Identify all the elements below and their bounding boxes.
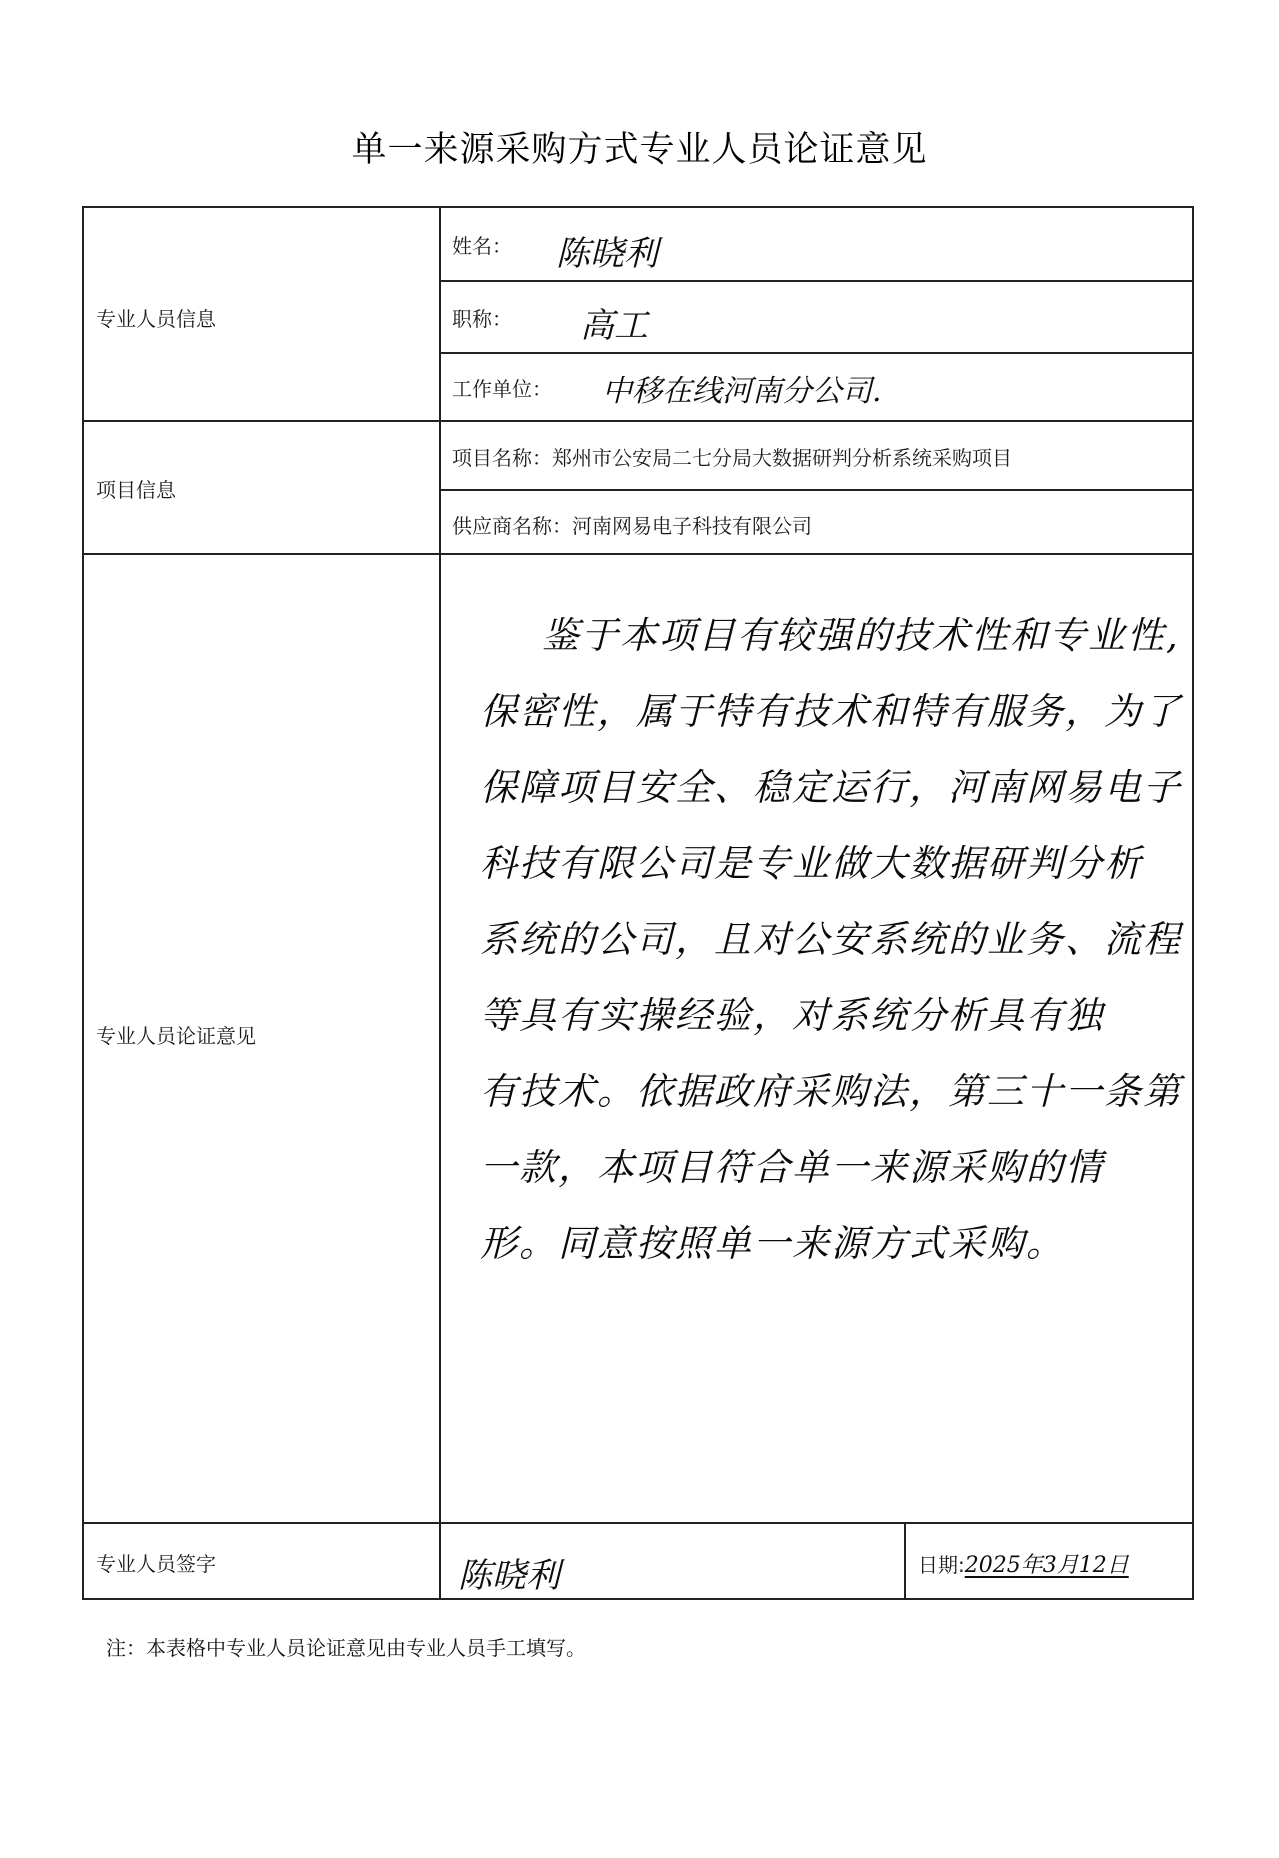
date-value: 2025年3月12日 xyxy=(965,1553,1129,1578)
row-divider-project xyxy=(439,489,1194,491)
date-field: 日期:2025年3月12日 xyxy=(918,1548,1129,1579)
field-value-title: 高工 xyxy=(580,298,648,347)
opinion-line: 系统的公司，且对公安系统的业务、流程 xyxy=(480,902,1160,978)
section-label-project: 项目信息 xyxy=(96,474,176,503)
field-label-title: 职称： xyxy=(452,303,512,332)
opinion-handwritten-text: 鉴于本项目有较强的技术性和专业性, 保密性，属于特有技术和特有服务，为了 保障项… xyxy=(480,598,1160,1282)
table-border-right xyxy=(1192,206,1194,1600)
supplier-label: 供应商名称： xyxy=(452,514,572,538)
column-divider xyxy=(439,206,441,1600)
section-divider-1 xyxy=(82,420,1194,422)
opinion-line: 一款，本项目符合单一来源采购的情 xyxy=(480,1130,1160,1206)
section-label-signature: 专业人员签字 xyxy=(96,1548,216,1577)
section-label-opinion: 专业人员论证意见 xyxy=(96,1020,256,1049)
section-label-personnel: 专业人员信息 xyxy=(96,303,216,332)
table-border-bottom xyxy=(82,1598,1194,1600)
date-cell-divider xyxy=(904,1522,906,1600)
supplier-value: 河南网易电子科技有限公司 xyxy=(572,514,812,538)
opinion-line: 有技术。依据政府采购法，第三十一条第 xyxy=(480,1054,1160,1130)
opinion-line: 鉴于本项目有较强的技术性和专业性, xyxy=(480,598,1160,674)
field-label-project-name: 项目名称：郑州市公安局二七分局大数据研判分析系统采购项目 xyxy=(452,442,1012,471)
row-divider-title xyxy=(439,352,1194,354)
date-label: 日期: xyxy=(918,1553,965,1577)
opinion-line: 等具有实操经验，对系统分析具有独 xyxy=(480,978,1160,1054)
footnote: 注：本表格中专业人员论证意见由专业人员手工填写。 xyxy=(106,1632,586,1661)
section-divider-3 xyxy=(82,1522,1194,1524)
field-label-work-unit: 工作单位： xyxy=(452,373,552,402)
document-title: 单一来源采购方式专业人员论证意见 xyxy=(0,122,1279,172)
field-label-name: 姓名： xyxy=(452,230,512,259)
signature-value: 陈晓利 xyxy=(458,1548,560,1597)
section-divider-2 xyxy=(82,553,1194,555)
opinion-line: 保密性，属于特有技术和特有服务，为了 xyxy=(480,674,1160,750)
field-value-name: 陈晓利 xyxy=(556,226,658,275)
table-border-left xyxy=(82,206,84,1600)
row-divider-name xyxy=(439,280,1194,282)
project-name-value: 郑州市公安局二七分局大数据研判分析系统采购项目 xyxy=(552,446,1012,470)
opinion-line: 科技有限公司是专业做大数据研判分析 xyxy=(480,826,1160,902)
field-label-supplier: 供应商名称：河南网易电子科技有限公司 xyxy=(452,510,812,539)
project-name-label: 项目名称： xyxy=(452,446,552,470)
opinion-line: 保障项目安全、稳定运行，河南网易电子 xyxy=(480,750,1160,826)
table-border-top xyxy=(82,206,1194,208)
opinion-line: 形。同意按照单一来源方式采购。 xyxy=(480,1206,1160,1282)
field-value-work-unit: 中移在线河南分公司. xyxy=(602,366,882,410)
